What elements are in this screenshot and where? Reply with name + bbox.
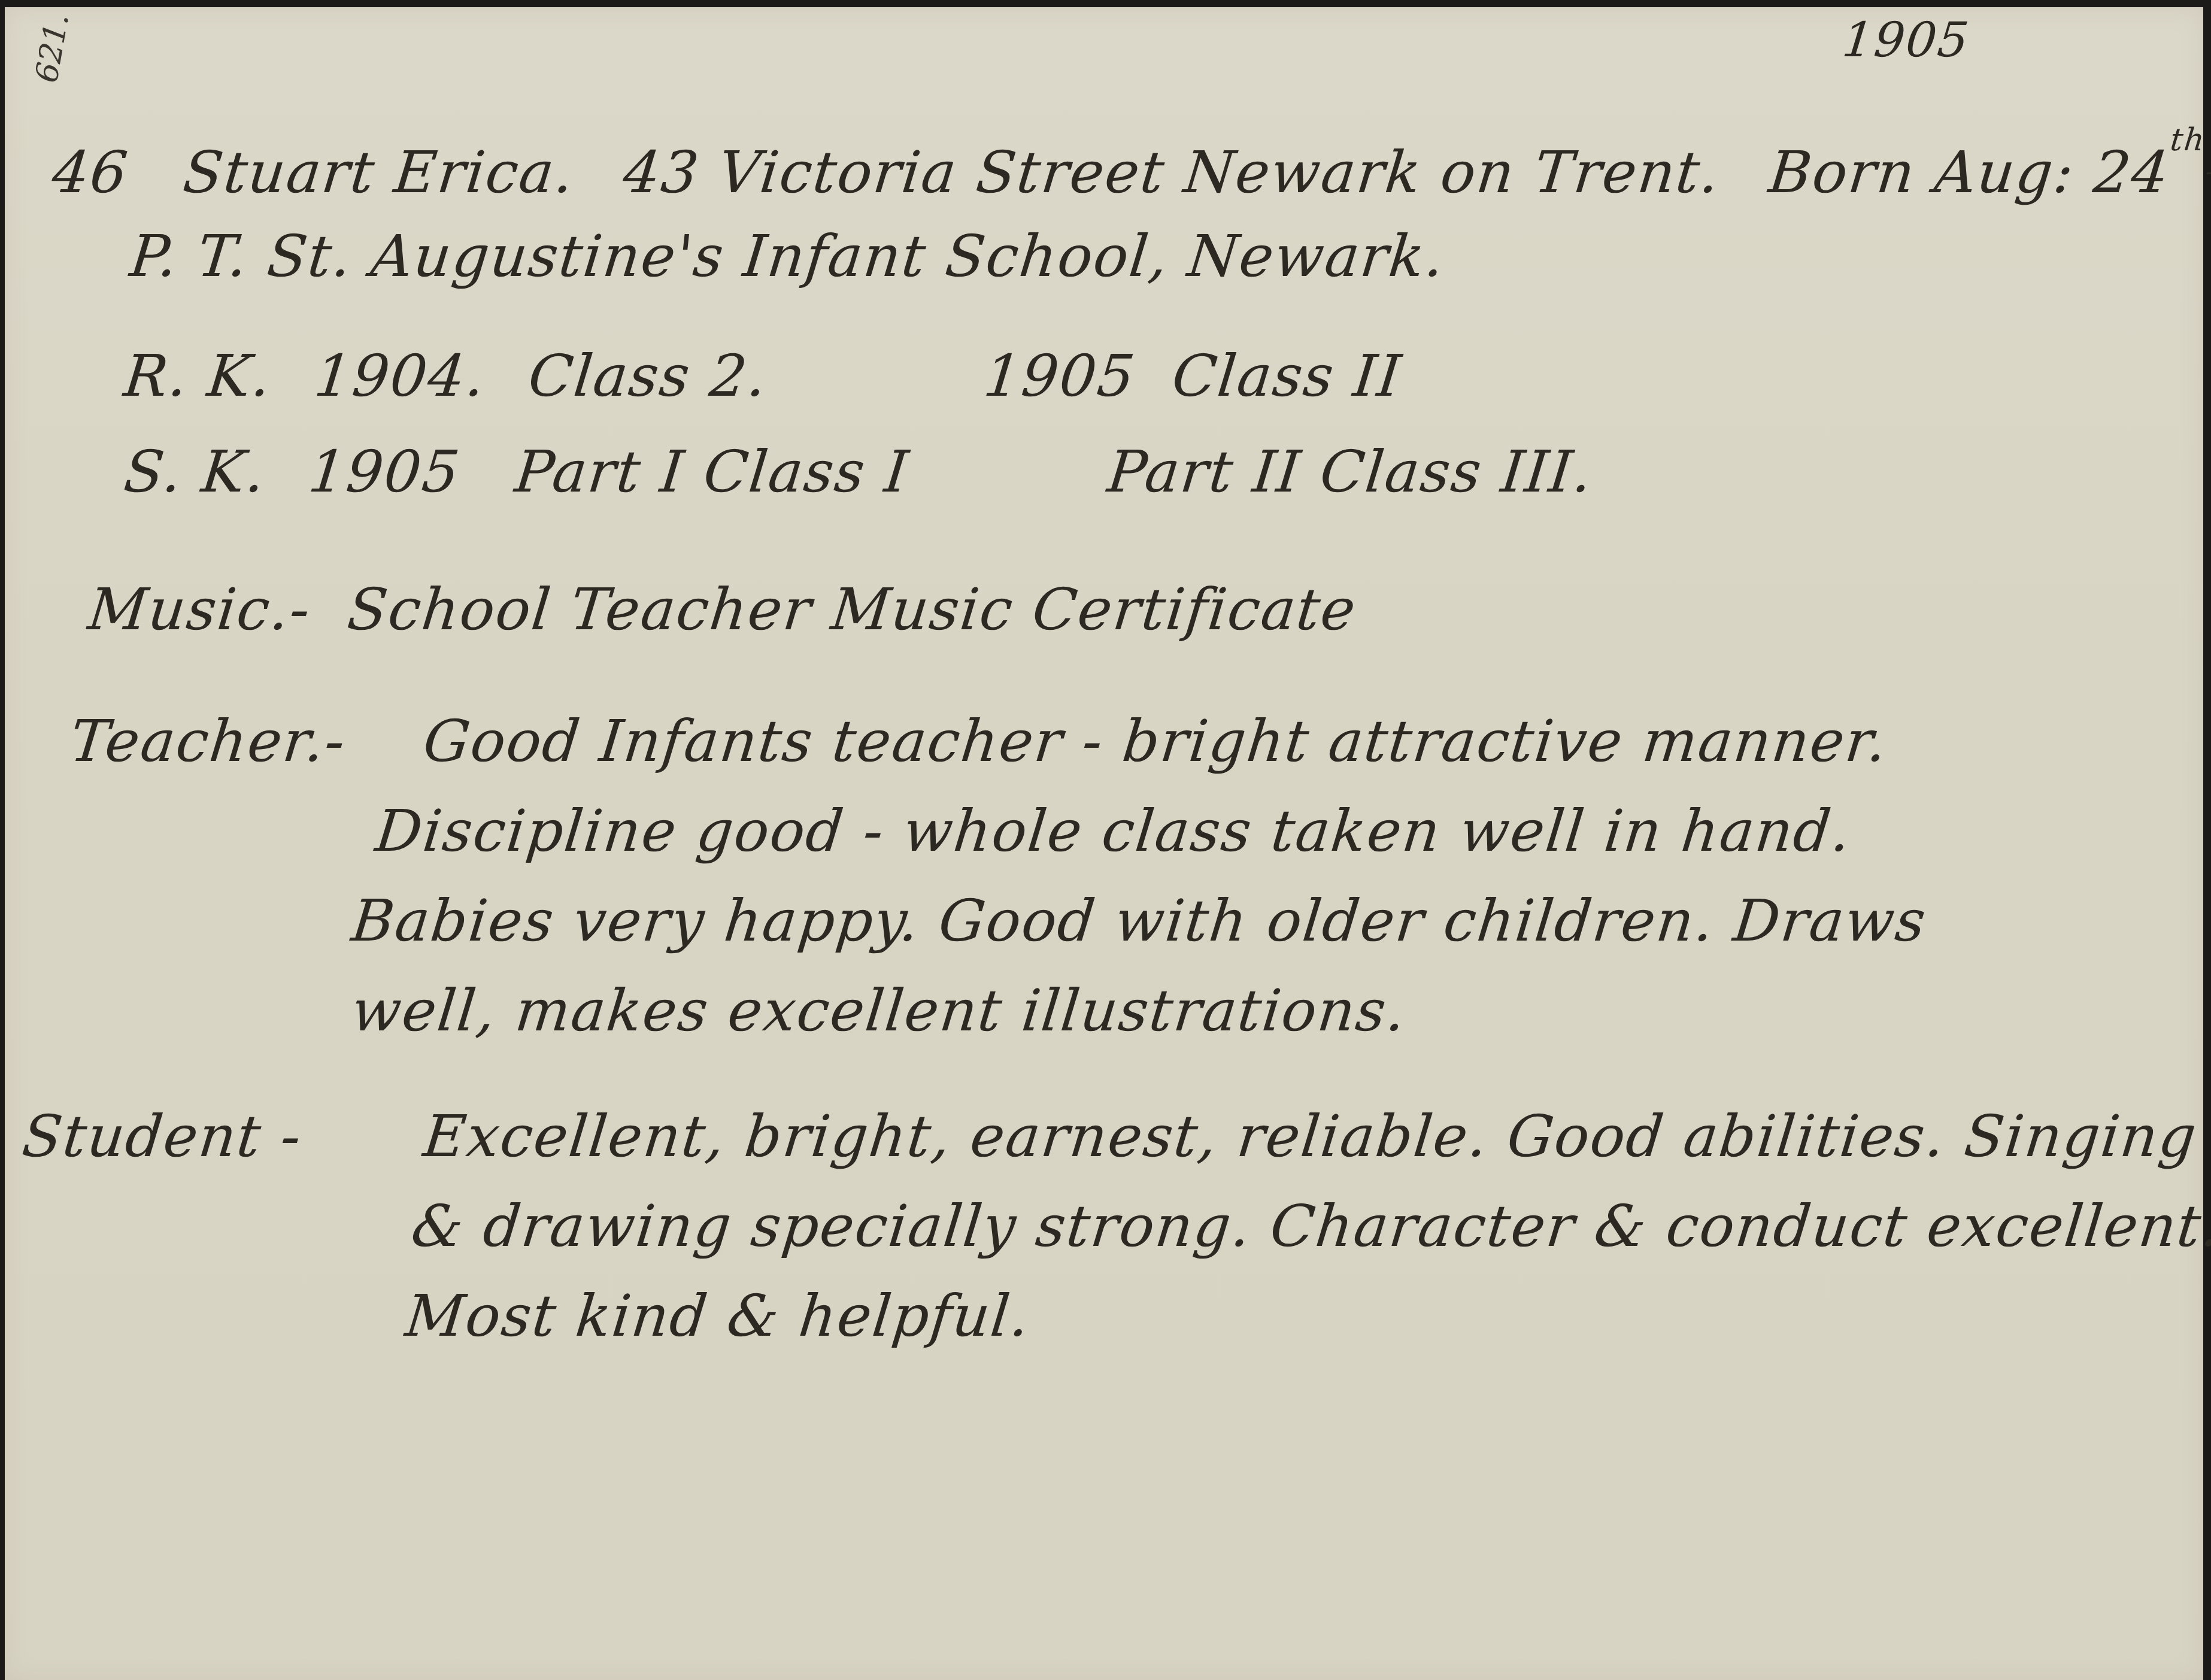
teacher-remark-line: Babies very happy. Good with older child… (348, 887, 1930, 954)
entry-line: 46 Stuart Erica. 43 Victoria Street Newa… (49, 139, 2211, 206)
pt-line: P. T. St. Augustine's Infant School, New… (127, 223, 1448, 290)
music-line: Music.- School Teacher Music Certificate (85, 576, 1360, 643)
rk-year-2: 1905 (981, 342, 1139, 410)
sk-line: S. K. 1905 Part I Class I Part II Class … (121, 438, 1596, 505)
student-remark-line: Most kind & helpful. (402, 1282, 1033, 1350)
rk-label: R. K. (121, 342, 275, 410)
student-name: Stuart Erica. (180, 139, 578, 206)
born-year: 1883. (2203, 144, 2211, 183)
music-label: Music.- (85, 576, 314, 643)
student-label: Student - (19, 1103, 305, 1170)
teacher-remark-line: well, makes excellent illustrations. (348, 977, 1409, 1044)
born-suffix: th (2168, 122, 2207, 158)
rk-class-2: Class II (1169, 342, 1405, 410)
teacher-remark-line: Discipline good - whole class taken well… (372, 797, 1855, 865)
sk-year: 1905 (305, 438, 463, 505)
teacher-remark-line: Good Infants teacher - bright attractive… (420, 708, 1891, 775)
teacher-label: Teacher.- (67, 708, 349, 775)
address: 43 Victoria Street Newark on Trent. (620, 139, 1724, 206)
card-year: 1905 (1840, 12, 1972, 68)
sk-part-2: Part II Class III. (1105, 438, 1596, 505)
birth-date: Born Aug: 24th1883. (1766, 139, 2211, 206)
rk-class-1: Class 2. (526, 342, 771, 410)
entry-number: 46 (49, 139, 132, 206)
rk-line: R. K. 1904. Class 2. 1905 Class II (121, 342, 1405, 410)
sk-part-1: Part I Class I (512, 438, 912, 505)
student-remark-line: & drawing specially strong. Character & … (408, 1193, 2211, 1260)
reference-number: 621. (29, 11, 76, 85)
music-text: School Teacher Music Certificate (344, 576, 1360, 643)
student-remark-line: Excellent, bright, earnest, reliable. Go… (420, 1103, 2200, 1170)
rk-year-1: 1904. (311, 342, 489, 410)
born-label: Born Aug: 24 (1766, 139, 2173, 206)
sk-label: S. K. (121, 438, 269, 505)
record-card: 621. 1905 46 Stuart Erica. 43 Victoria S… (5, 7, 2203, 1680)
